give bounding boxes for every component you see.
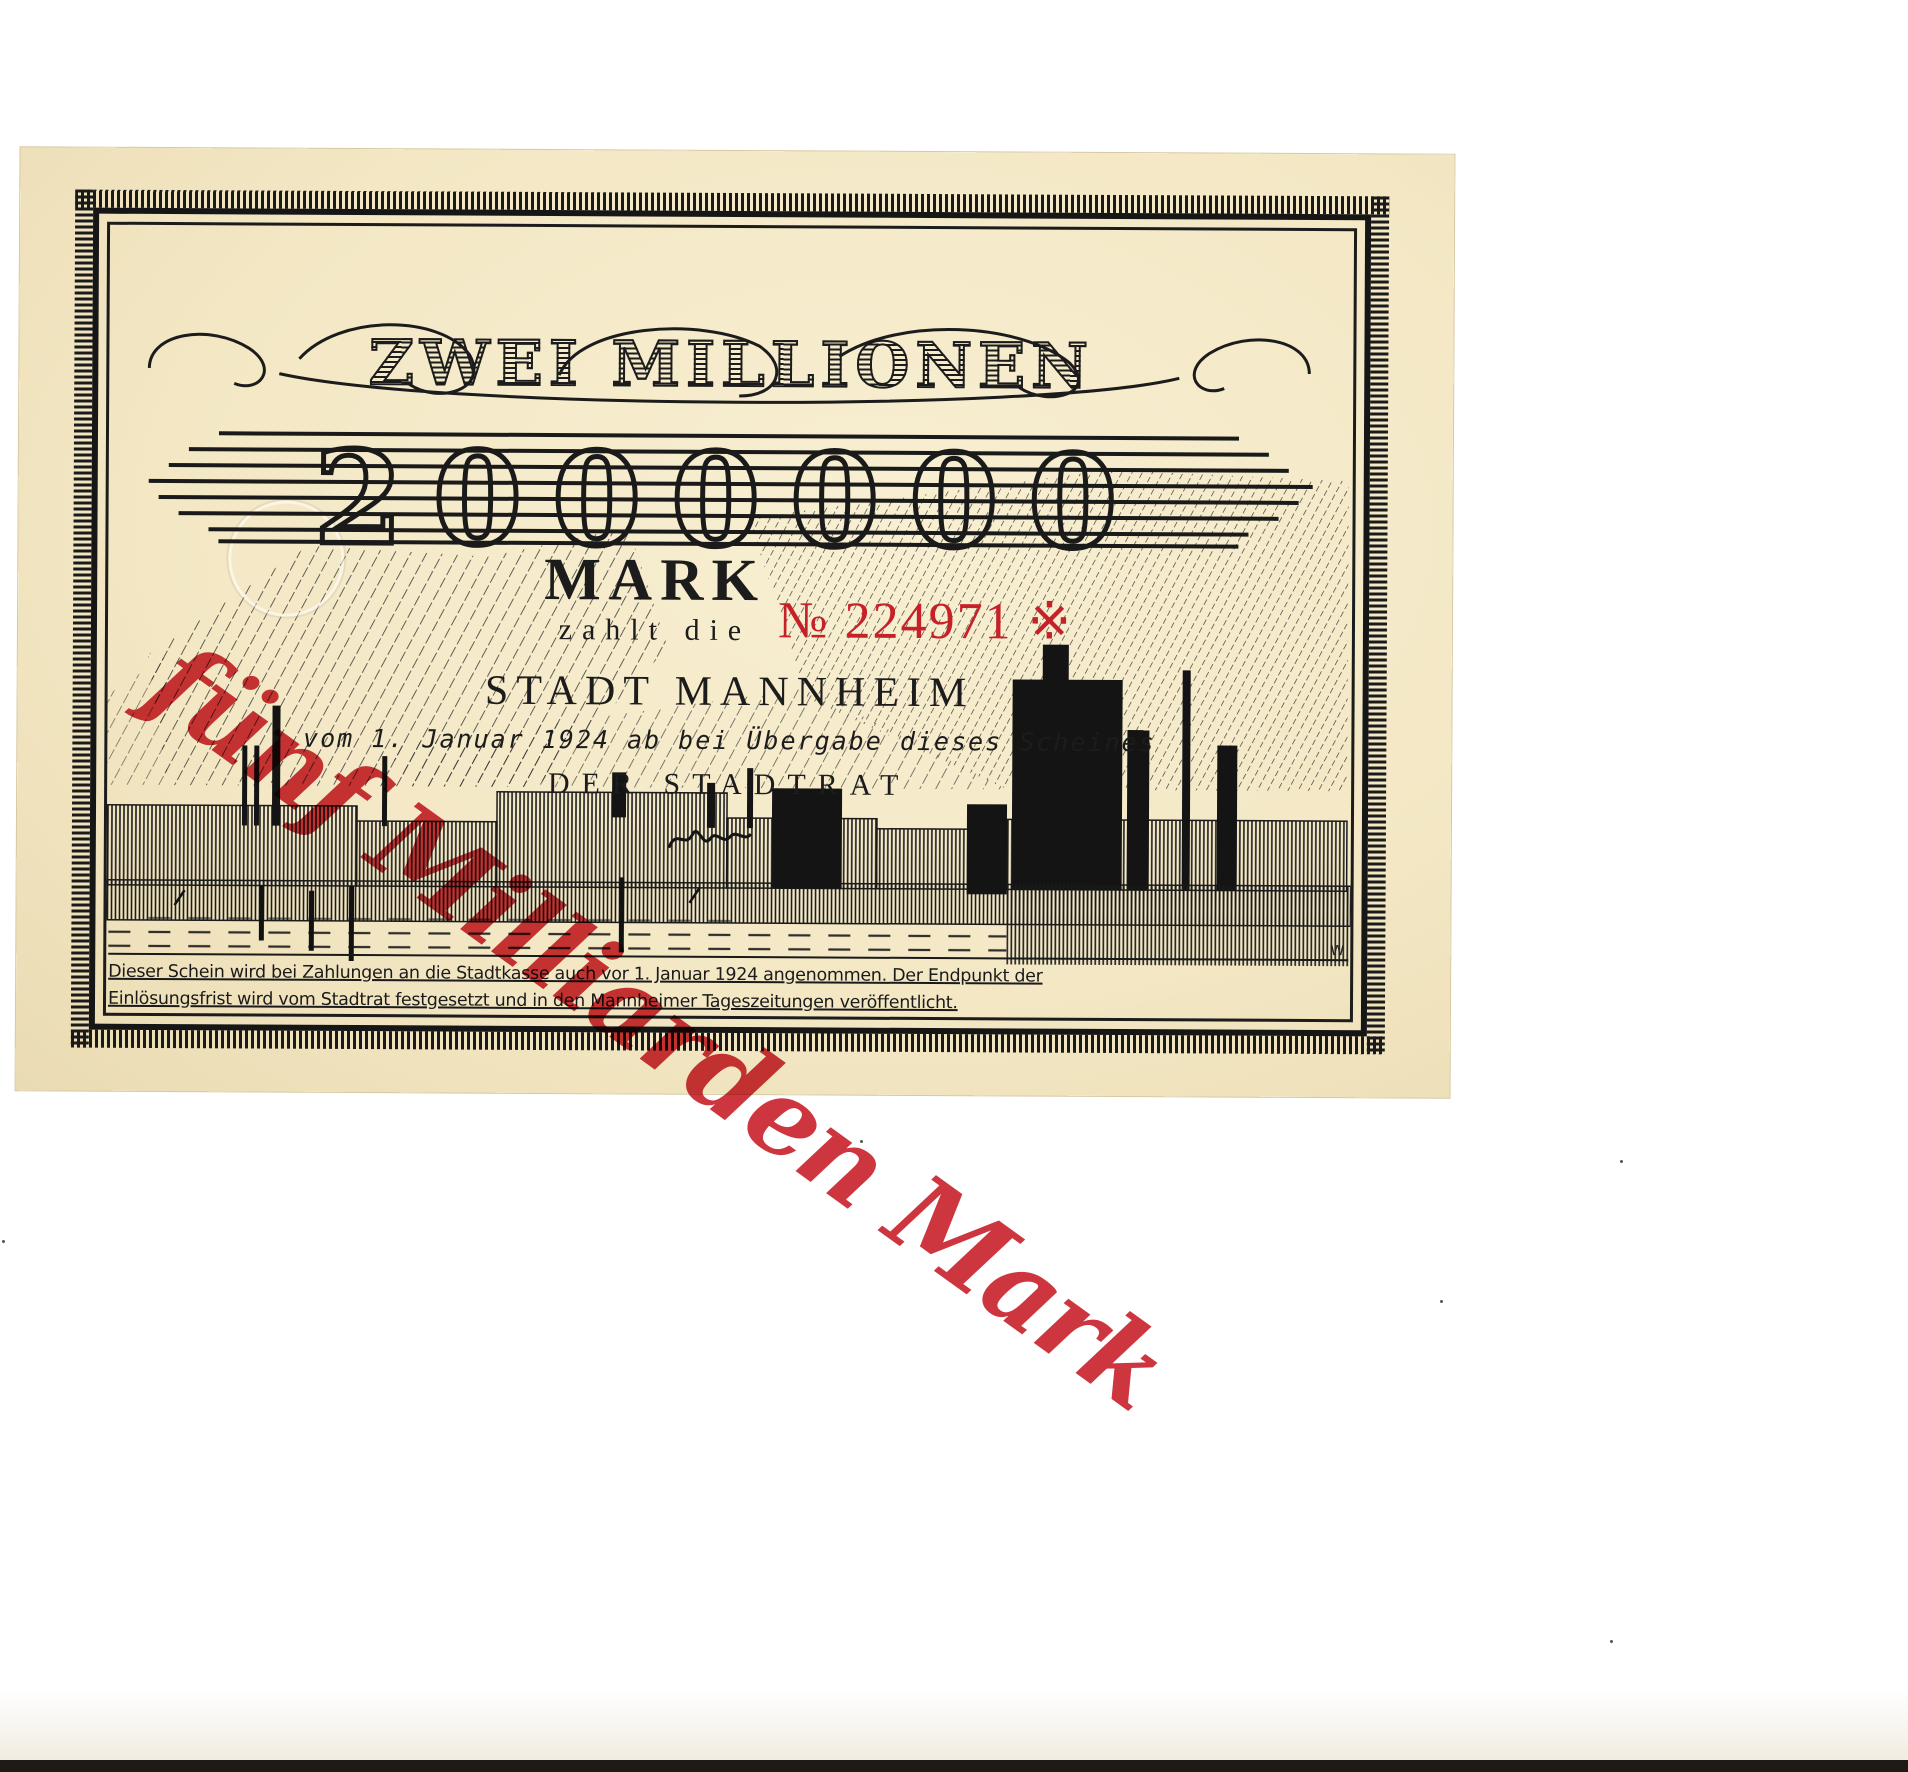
scanner-shadow <box>0 1690 1908 1760</box>
scanner-edge <box>0 1760 1908 1772</box>
signature <box>665 820 755 860</box>
dust-speck <box>860 1140 863 1143</box>
denomination-words: ZWEI MILLIONEN <box>109 325 1353 405</box>
dust-speck <box>1610 1640 1613 1643</box>
dust-speck <box>1440 1300 1443 1303</box>
note-face: ZWEI MILLIONEN 2000000 MARK zahlt die № … <box>106 225 1354 1020</box>
serial-number: № 224971 ※ <box>778 590 1073 652</box>
dust-speck <box>1620 1160 1623 1163</box>
currency-label: MARK <box>106 542 1352 618</box>
banknote: ZWEI MILLIONEN 2000000 MARK zahlt die № … <box>16 147 1455 1097</box>
dust-speck <box>2 1240 5 1243</box>
payer-intro: zahlt die <box>106 610 1352 651</box>
artist-mark: W <box>1330 943 1344 959</box>
